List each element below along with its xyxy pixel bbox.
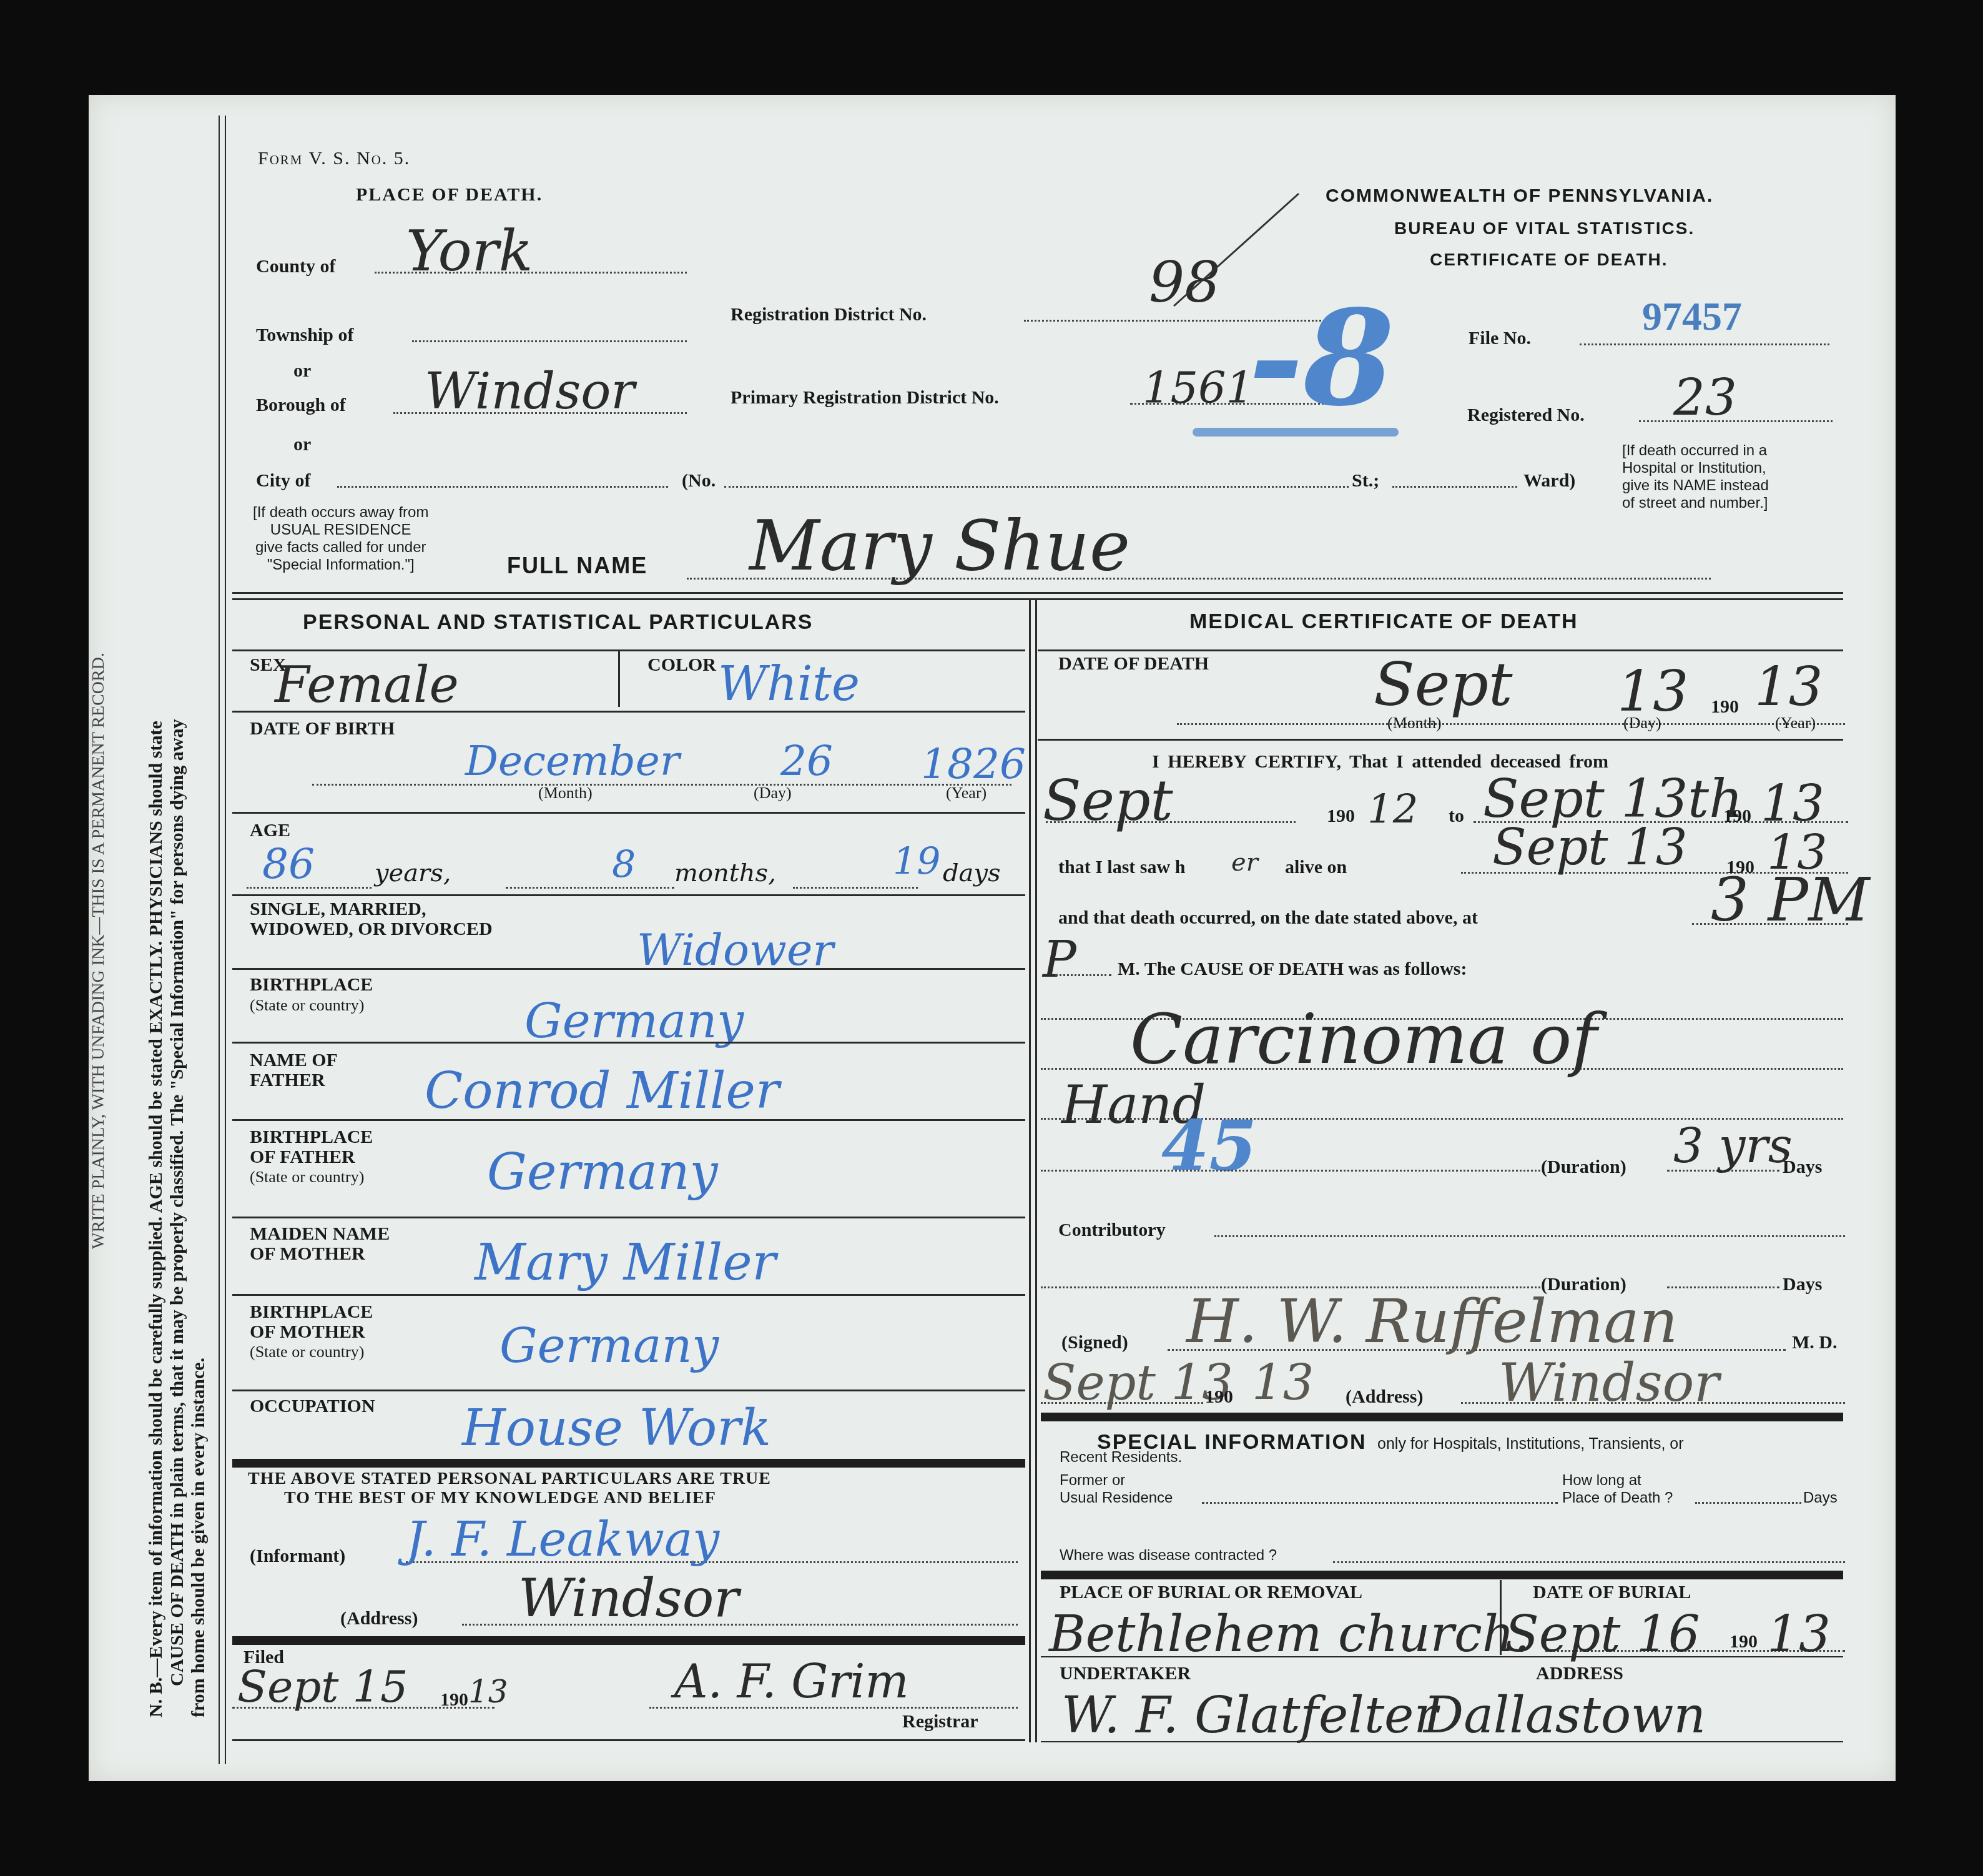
burial-year-prefix: 190 [1730, 1631, 1758, 1652]
color-label: COLOR [647, 654, 716, 676]
burial-year-suffix: 13 [1767, 1605, 1831, 1663]
personal-section-title: PERSONAL AND STATISTICAL PARTICULARS [303, 610, 814, 634]
special-subtitle2: Recent Residents. [1060, 1449, 1182, 1466]
occupation-label: OCCUPATION [250, 1396, 375, 1417]
mother-label-line: MAIDEN NAME [250, 1224, 390, 1244]
duration-label: (Duration) [1541, 1157, 1626, 1178]
burial-date-value: Sept 16 [1505, 1605, 1700, 1663]
color-value: White [718, 656, 860, 711]
medical-section-title: MEDICAL CERTIFICATE OF DEATH [1189, 610, 1578, 634]
mother-birthplace-value: Germany [499, 1318, 719, 1373]
father-name-label: NAME OF FATHER [250, 1050, 338, 1090]
attestation-line2: TO THE BEST OF MY KNOWLEDGE AND BELIEF [284, 1488, 716, 1508]
last-saw-prefix: that I last saw h [1058, 857, 1185, 878]
attended-from-year-prefix: 190 [1327, 806, 1355, 827]
attended-from: Sept [1043, 768, 1173, 834]
thick-rule [232, 1636, 1025, 1645]
row-rule [232, 1217, 1025, 1218]
away-note-line: "Special Information."] [253, 556, 428, 574]
filed-date: Sept 15 [237, 1661, 408, 1712]
how-long-line [1695, 1502, 1801, 1504]
informant-address-value: Windsor [518, 1567, 739, 1629]
dob-year-caption: (Year) [946, 784, 987, 802]
mother-birthplace-label: BIRTHPLACE OF MOTHER (State or country) [250, 1302, 373, 1362]
street-no-label: (No. [682, 470, 716, 491]
row-rule [1038, 739, 1843, 741]
full-name-label: FULL NAME [507, 553, 647, 579]
age-months-line [506, 887, 674, 889]
age-days-word: days [943, 859, 1001, 887]
margin-notice-line1: N. B.—Every item of information should b… [145, 721, 167, 1717]
margin-notice-line2: CAUSE OF DEATH in plain terms, that it m… [166, 719, 189, 1686]
borough-label: Borough of [256, 395, 346, 416]
mother-bp-label-line: BIRTHPLACE [250, 1302, 373, 1322]
death-occurred-text: and that death occurred, on the date sta… [1058, 907, 1478, 929]
former-residence-label: Former or Usual Residence [1060, 1472, 1173, 1507]
age-label: AGE [250, 820, 290, 841]
duration-line-left [1041, 1170, 1540, 1172]
dod-day-caption: (Day) [1623, 714, 1661, 733]
marital-label: SINGLE, MARRIED, WIDOWED, OR DIVORCED [250, 899, 493, 939]
county-label: County of [256, 256, 336, 277]
row-rule [232, 968, 1025, 970]
primary-district-label: Primary Registration District No. [731, 387, 999, 408]
birthplace-label: BIRTHPLACE [250, 974, 373, 995]
dob-day: 26 [780, 737, 833, 785]
dob-year: 1826 [921, 740, 1026, 788]
cause-code-value: 45 [1161, 1105, 1257, 1186]
sex-value: Female [275, 656, 459, 714]
thick-rule [232, 1459, 1025, 1468]
row-rule [232, 1390, 1025, 1391]
township-line [412, 340, 687, 342]
registered-no-label: Registered No. [1467, 405, 1585, 426]
column-divider [1029, 600, 1031, 1742]
city-line [337, 486, 668, 488]
father-label-line: NAME OF [250, 1050, 338, 1070]
age-months: 8 [612, 843, 636, 887]
informant-address-label: (Address) [340, 1608, 418, 1629]
birthplace-value: Germany [524, 993, 744, 1049]
former-label-line: Former or [1060, 1472, 1173, 1489]
crayon-annotation: -8 [1249, 281, 1394, 435]
to-word: to [1449, 806, 1464, 827]
undertaker-address-value: Dallastown [1424, 1686, 1706, 1744]
duration-value: 3 yrs [1673, 1118, 1793, 1173]
md-label: M. D. [1792, 1332, 1837, 1353]
signed-label: (Signed) [1061, 1332, 1128, 1353]
duration2-line [1667, 1286, 1779, 1288]
file-no-value: 97457 [1642, 294, 1742, 340]
death-time: 3 PM [1711, 865, 1869, 935]
father-name-value: Conrod Miller [425, 1062, 779, 1120]
contributory-line [1214, 1235, 1845, 1237]
informant-label: (Informant) [250, 1546, 345, 1567]
dod-label: DATE OF DEATH [1058, 653, 1209, 674]
burial-place-label: PLACE OF BURIAL OR REMOVAL [1060, 1582, 1362, 1603]
father-bp-label-line: BIRTHPLACE [250, 1127, 373, 1147]
ward-line [1392, 486, 1517, 488]
dod-month: Sept [1374, 649, 1513, 719]
birthplace-caption: (State or country) [250, 996, 364, 1015]
margin-notice-line3: from home should be given in every insta… [187, 1358, 210, 1717]
last-saw-pronoun: er [1231, 848, 1258, 877]
age-days: 19 [893, 840, 940, 884]
dob-month-caption: (Month) [538, 784, 593, 802]
age-days-line [793, 887, 918, 889]
registration-district-label: Registration District No. [731, 304, 927, 325]
section-rule [232, 598, 1843, 600]
age-months-word: months, [674, 859, 776, 887]
registered-no-value: 23 [1673, 368, 1737, 427]
marital-label-line: WIDOWED, OR DIVORCED [250, 919, 493, 939]
row-rule [232, 1119, 1025, 1121]
undertaker-address-label: ADDRESS [1536, 1663, 1623, 1684]
contributory-label: Contributory [1058, 1220, 1166, 1241]
mother-label-line: OF MOTHER [250, 1244, 390, 1264]
signed-value: H. W. Ruffelman [1186, 1286, 1678, 1356]
section-rule [232, 592, 1843, 594]
father-birthplace-label: BIRTHPLACE OF FATHER (State or country) [250, 1127, 373, 1187]
how-long-label-line: Place of Death ? [1562, 1489, 1673, 1507]
city-label: City of [256, 470, 310, 491]
cause-line1-value: Carcinoma of [1130, 999, 1597, 1079]
mother-bp-label-line: OF MOTHER [250, 1322, 373, 1342]
borough-value: Windsor [425, 362, 635, 420]
alive-on-label: alive on [1285, 857, 1347, 878]
age-years-word: years, [375, 859, 451, 887]
full-name-value: Mary Shue [749, 506, 1130, 586]
informant-value: J. F. Leakway [406, 1511, 719, 1567]
meridiem-line [1055, 974, 1111, 976]
hospital-note-line: Hospital or Institution, [1622, 460, 1769, 477]
sign-year: 13 [1252, 1355, 1314, 1411]
column-divider [1035, 600, 1037, 1742]
dod-year-suffix: 13 [1754, 656, 1823, 718]
cause-intro: M. The CAUSE OF DEATH was as follows: [1118, 959, 1467, 980]
father-label-line: FATHER [250, 1070, 338, 1090]
former-label-line: Usual Residence [1060, 1489, 1173, 1507]
file-no-label: File No. [1469, 328, 1531, 349]
dod-month-caption: (Month) [1387, 714, 1442, 733]
dob-month: December [465, 737, 679, 785]
street-st-label: St.; [1352, 470, 1379, 491]
away-note-line: USUAL RESIDENCE [253, 521, 428, 539]
how-long-label: How long at Place of Death ? [1562, 1472, 1673, 1507]
contracted-label: Where was disease contracted ? [1060, 1547, 1277, 1564]
row-rule [1041, 1656, 1843, 1657]
thick-rule [1041, 1413, 1843, 1421]
row-rule [232, 1294, 1025, 1296]
attended-from-year: 12 [1367, 787, 1418, 833]
burial-place-value: Bethlehem church. [1049, 1605, 1530, 1663]
primary-district-value: 1561 [1143, 362, 1254, 413]
last-saw-date: Sept 13 [1492, 818, 1688, 876]
hospital-note-line: of street and number.] [1622, 495, 1769, 512]
dod-year-prefix: 190 [1711, 696, 1739, 718]
marital-label-line: SINGLE, MARRIED, [250, 899, 493, 919]
duration2-days-label: Days [1783, 1274, 1822, 1295]
mother-name-label: MAIDEN NAME OF MOTHER [250, 1224, 390, 1264]
hospital-note-line: give its NAME instead [1622, 477, 1769, 495]
away-note: [If death occurs away from USUAL RESIDEN… [253, 504, 428, 574]
attestation-line1: THE ABOVE STATED PERSONAL PARTICULARS AR… [248, 1469, 771, 1489]
hospital-note-line: [If death occurred in a [1622, 442, 1769, 460]
place-of-death-title: PLACE OF DEATH. [356, 184, 543, 205]
sign-address-label: (Address) [1346, 1386, 1423, 1408]
row-rule [232, 649, 1025, 651]
mother-bp-caption: (State or country) [250, 1342, 373, 1362]
row-rule [232, 894, 1025, 896]
away-note-line: [If death occurs away from [253, 504, 428, 521]
township-label: Township of [256, 325, 353, 346]
hospital-note: [If death occurred in a Hospital or Inst… [1622, 442, 1769, 512]
row-rule [232, 1739, 1025, 1741]
sign-year-prefix: 190 [1205, 1386, 1233, 1408]
contracted-line [1333, 1561, 1845, 1563]
sex-color-divider [618, 651, 620, 707]
header-commonwealth: COMMONWEALTH OF PENNSYLVANIA. [1326, 185, 1713, 207]
margin-rule [219, 116, 220, 1764]
crayon-underline [1193, 428, 1399, 437]
row-rule [232, 711, 1025, 713]
occupation-value: House Work [462, 1399, 771, 1457]
form-id: Form V. S. No. 5. [258, 148, 410, 169]
ward-label: Ward) [1523, 470, 1575, 491]
undertaker-label: UNDERTAKER [1060, 1663, 1191, 1684]
row-rule [232, 1042, 1025, 1044]
mother-name-value: Mary Miller [475, 1233, 776, 1291]
filed-year-suffix: 13 [468, 1674, 508, 1710]
attended-to-year-prefix: 190 [1723, 806, 1751, 827]
special-subtitle: only for Hospitals, Institutions, Transi… [1377, 1435, 1684, 1453]
how-long-label-line: How long at [1562, 1472, 1673, 1489]
away-note-line: give facts called for under [253, 539, 428, 556]
sign-address-value: Windsor [1498, 1352, 1719, 1413]
father-bp-label-line: OF FATHER [250, 1147, 373, 1167]
age-years: 86 [262, 840, 315, 888]
meridiem-prefix: P [1043, 931, 1076, 989]
thick-rule [1041, 1571, 1843, 1579]
dob-label: DATE OF BIRTH [250, 718, 395, 739]
header-certificate: CERTIFICATE OF DEATH. [1430, 250, 1668, 270]
burial-date-label: DATE OF BURIAL [1533, 1582, 1691, 1603]
duration-days-label: Days [1783, 1157, 1822, 1178]
filed-year-prefix: 190 [440, 1689, 468, 1711]
how-long-days-label: Days [1803, 1489, 1838, 1507]
dod-line [1177, 723, 1845, 725]
row-rule [232, 812, 1025, 814]
dod-year-caption: (Year) [1775, 714, 1816, 733]
street-line [724, 486, 1349, 488]
or-1: or [293, 360, 311, 382]
row-rule [1041, 1741, 1843, 1742]
margin-rule [225, 116, 226, 1764]
undertaker-value: W. F. Glatfelter [1061, 1686, 1438, 1744]
father-bp-caption: (State or country) [250, 1167, 373, 1187]
county-value: York [406, 219, 533, 284]
father-birthplace-value: Germany [487, 1143, 718, 1201]
registrar-label: Registrar [902, 1711, 978, 1732]
dob-day-caption: (Day) [754, 784, 792, 802]
header-bureau: BUREAU OF VITAL STATISTICS. [1394, 219, 1695, 239]
or-2: or [293, 434, 311, 455]
file-no-line [1580, 343, 1829, 345]
former-residence-line [1202, 1502, 1558, 1504]
margin-edge-text: WRITE PLAINLY, WITH UNFADING INK—THIS IS… [87, 653, 110, 1249]
registrar-signature: A. F. Grim [674, 1655, 909, 1709]
special-heading: SPECIAL INFORMATION only for Hospitals, … [1097, 1430, 1684, 1454]
